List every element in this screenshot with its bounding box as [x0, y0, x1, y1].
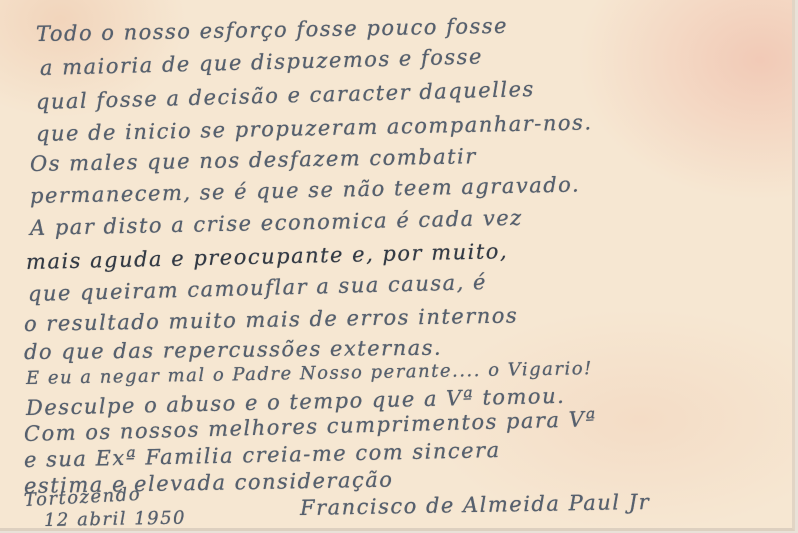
letter-line-2: a maioria de que dispuzemos e fosse: [40, 44, 483, 80]
letter-line-3: qual fosse a decisão e caracter daquelle…: [36, 77, 535, 114]
letter-signature: Francisco de Almeida Paul Jr: [300, 490, 651, 520]
letter-line-8: mais aguda e preocupante e, por muito,: [26, 239, 509, 274]
letter-line-9: que queiram camouflar a sua causa, é: [28, 270, 487, 306]
letter-line-4: que de inicio se propuzeram acompanhar-n…: [36, 110, 593, 146]
letter-card: Todo o nosso esforço fosse pouco fosse a…: [0, 0, 795, 531]
letter-line-10: o resultado muito mais de erros internos: [24, 303, 519, 336]
letter-line-11: do que das repercussões externas.: [24, 336, 442, 364]
letter-line-6: permanecem, se é que se não teem agravad…: [30, 172, 581, 208]
letter-line-7: A par disto a crise economica é cada vez: [30, 206, 523, 240]
letter-line-5: Os males que nos desfazem combatir: [30, 144, 477, 176]
letter-line-1: Todo o nosso esforço fosse pouco fosse: [36, 14, 508, 46]
letter-date: 12 abril 1950: [44, 508, 186, 531]
